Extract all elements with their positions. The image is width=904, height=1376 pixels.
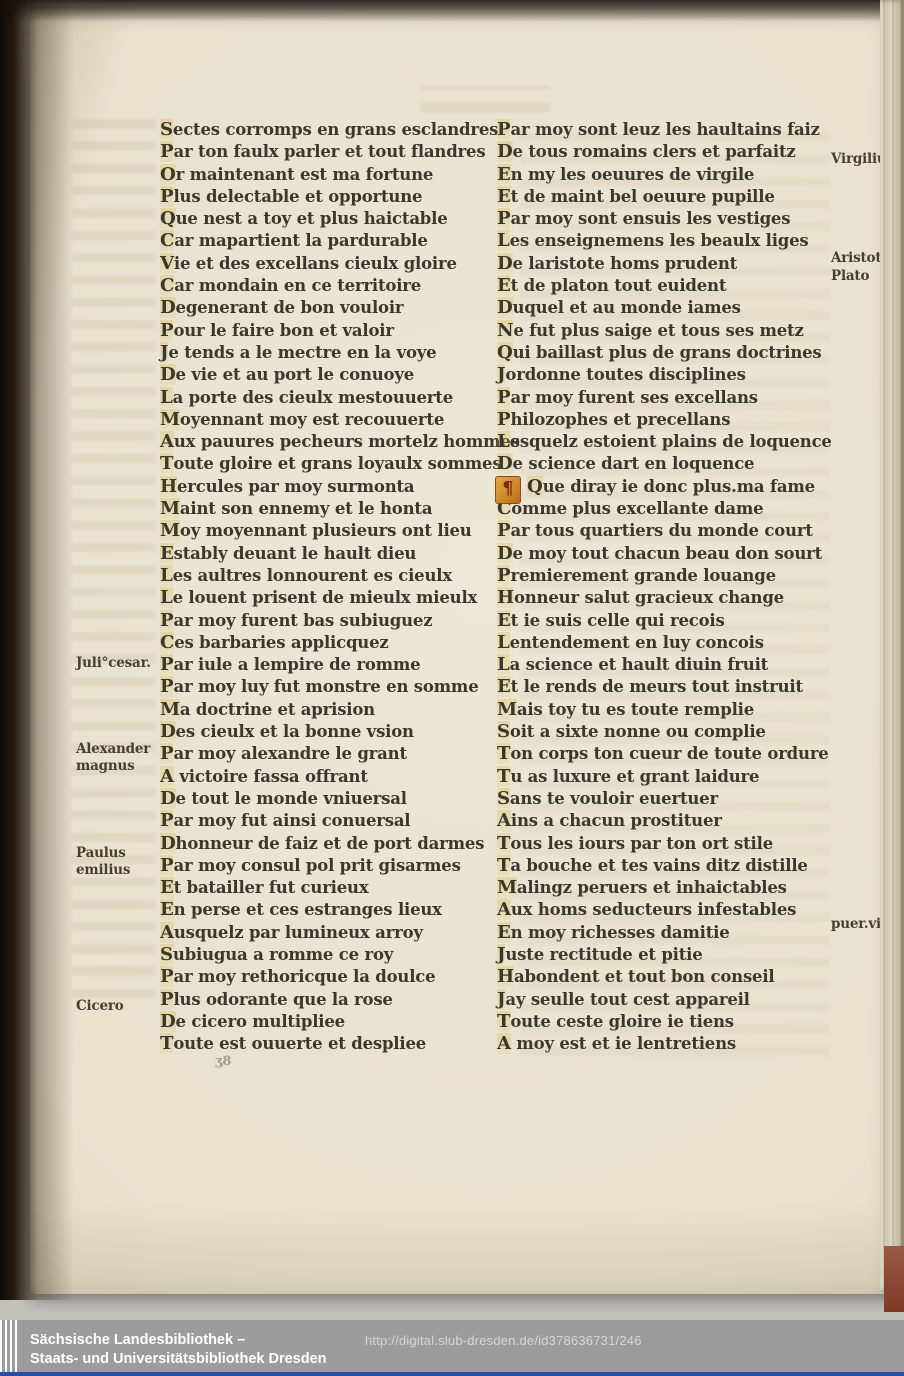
text-line: Ma doctrine et aprision [160,699,496,721]
text-line: Par moy consul pol prit gisarmes [160,855,496,877]
right-text-column: Par moy sont leuz les haultains faizDe t… [497,119,833,1055]
text-line: Comme plus excellante dame [497,498,833,520]
book-gutter-shadow [0,0,74,1300]
margin-note: Alexander [76,741,150,758]
text-line: Les enseignemens les beaulx liges [497,230,833,252]
text-line: Par iule a lempire de romme [160,654,496,676]
text-line: Moy moyennant plusieurs ont lieu [160,520,496,542]
text-line: A victoire fassa offrant [160,766,496,788]
text-line: Toute gloire et grans loyaulx sommes [160,453,496,475]
text-line: Vie et des excellans cieulx gloire [160,253,496,275]
text-line: De tous romains clers et parfaitz [497,141,833,163]
margin-note: Cicero [76,998,124,1015]
library-name-line1: Sächsische Landesbibliothek – [30,1331,327,1350]
text-line: Que nest a toy et plus haictable [160,208,496,230]
text-line: Par moy sont leuz les haultains faiz [497,119,833,141]
text-line: De moy tout chacun beau don sourt [497,543,833,565]
book-scan: Sectes corromps en grans esclandresPar t… [0,0,904,1376]
text-line: Ains a chacun prostituer [497,810,833,832]
document-url: http://digital.slub-dresden.de/id3786367… [365,1333,642,1348]
text-line: Moyennant moy est recouuerte [160,409,496,431]
library-name: Sächsische Landesbibliothek – Staats- un… [30,1331,327,1369]
text-line: De vie et au port le conuoye [160,364,496,386]
text-line: Subiugua a romme ce roy [160,944,496,966]
text-line: Degenerant de bon vouloir [160,297,496,319]
footer-bar: Sächsische Landesbibliothek – Staats- un… [0,1320,904,1376]
text-line: Tu as luxure et grant laidure [497,766,833,788]
accent-strip [0,1372,904,1376]
library-name-line2: Staats- und Universitätsbibliothek Dresd… [30,1350,327,1369]
text-line: De science dart en loquence [497,453,833,475]
margin-note: Plato [831,268,869,285]
text-line: Le louent prisent de mieulx mieulx [160,587,496,609]
text-line: Par moy fut ainsi conuersal [160,810,496,832]
text-line: Soit a sixte nonne ou complie [497,721,833,743]
margin-note: magnus [76,758,135,775]
text-line: Premierement grande louange [497,565,833,587]
text-line: Jordonne toutes disciplines [497,364,833,386]
text-line: Ausquelz par lumineux arroy [160,922,496,944]
text-line: Par moy alexandre le grant [160,743,496,765]
text-line: Ces barbaries applicquez [160,632,496,654]
margin-note: Juli°cesar. [76,655,151,672]
text-line: Sans te vouloir euertuer [497,788,833,810]
text-line: Et de platon tout euident [497,275,833,297]
text-line: La porte des cieulx mestouuerte [160,387,496,409]
text-line: Par moy furent ses excellans [497,387,833,409]
text-line: Estably deuant le hault dieu [160,543,496,565]
text-line: Lesquelz estoient plains de loquence [497,431,833,453]
top-edge-shadow [0,0,904,22]
text-line: Qui baillast plus de grans doctrines [497,342,833,364]
illuminated-initial: ¶ [495,476,521,504]
text-line: Par moy rethoricque la doulce [160,966,496,988]
text-line: Tous les iours par ton ort stile [497,833,833,855]
text-line: Juste rectitude et pitie [497,944,833,966]
text-line: Hercules par moy surmonta [160,476,496,498]
text-line: Lentendement en luy concois [497,632,833,654]
text-line: Habondent et tout bon conseil [497,966,833,988]
signature-mark: ʒ8 [215,1054,231,1069]
text-line: Car mapartient la pardurable [160,230,496,252]
text-line: La science et hault diuin fruit [497,654,833,676]
text-line: Les aultres lonnourent es cieulx [160,565,496,587]
text-line: Or maintenant est ma fortune [160,164,496,186]
text-line: Duquel et au monde iames [497,297,833,319]
text-line: Ton corps ton cueur de toute ordure [497,743,833,765]
text-line: Et le rends de meurs tout instruit [497,676,833,698]
margin-note: Paulus [76,845,126,862]
text-line: Et de maint bel oeuure pupille [497,186,833,208]
text-line: Toute est ouuerte et despliee [160,1033,496,1055]
text-line: Et ie suis celle qui recois [497,610,833,632]
text-line: Pour le faire bon et valoir [160,320,496,342]
text-line: Que diray ie donc plus.ma fame [497,476,833,498]
left-text-column: Sectes corromps en grans esclandresPar t… [160,119,496,1055]
text-line: Ne fut plus saige et tous ses metz [497,320,833,342]
text-line: Je tends a le mectre en la voye [160,342,496,364]
text-line: Sectes corromps en grans esclandres [160,119,496,141]
text-line: Par ton faulx parler et tout flandres [160,141,496,163]
text-line: Plus odorante que la rose [160,989,496,1011]
text-line: A moy est et ie lentretiens [497,1033,833,1055]
slub-logo [0,1320,17,1376]
text-line: Dhonneur de faiz et de port darmes [160,833,496,855]
text-line: De laristote homs prudent [497,253,833,275]
text-line: Par moy furent bas subiuguez [160,610,496,632]
text-line: Mais toy tu es toute remplie [497,699,833,721]
text-line: De cicero multipliee [160,1011,496,1033]
text-line: Honneur salut gracieux change [497,587,833,609]
text-line: Ta bouche et tes vains ditz distille [497,855,833,877]
text-line: Malingz peruers et inhaictables [497,877,833,899]
text-line: Plus delectable et opportune [160,186,496,208]
text-line: De tout le monde vniuersal [160,788,496,810]
book-cover-edge [884,1246,904,1312]
text-line: Car mondain en ce territoire [160,275,496,297]
text-line: En my les oeuures de virgile [497,164,833,186]
text-line: En perse et ces estranges lieux [160,899,496,921]
text-line: Aux homs seducteurs infestables [497,899,833,921]
text-line: Et batailler fut curieux [160,877,496,899]
text-line: Maint son ennemy et le honta [160,498,496,520]
text-line: Jay seulle tout cest appareil [497,989,833,1011]
text-line: Par tous quartiers du monde court [497,520,833,542]
text-line: Philozophes et precellans [497,409,833,431]
book-fore-edge [880,0,904,1292]
margin-note: emilius [76,862,130,879]
text-line: Des cieulx et la bonne vsion [160,721,496,743]
text-line: Par moy luy fut monstre en somme [160,676,496,698]
text-line: En moy richesses damitie [497,922,833,944]
text-line: Aux pauures pecheurs mortelz hommes [160,431,496,453]
text-line: Par moy sont ensuis les vestiges [497,208,833,230]
text-line: Toute ceste gloire ie tiens [497,1011,833,1033]
